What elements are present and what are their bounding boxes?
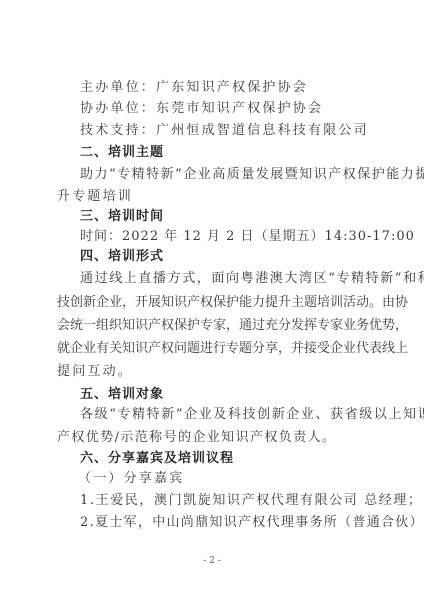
format-line-4: 就企业有关知识产权问题进行专题分享，并接受企业代表线上: [57, 341, 369, 357]
guest-item-1: 1.王爱民，澳门凯旋知识产权代理有限公司 总经理；: [80, 493, 423, 509]
section-heading-time: 三、培训时间: [80, 209, 164, 225]
theme-line-2: 升专题培训: [57, 189, 369, 205]
section-heading-audience: 五、培训对象: [80, 387, 164, 403]
time-text: 时间：2022 年 12 月 2 日（星期五）14:30-17:00: [80, 229, 415, 245]
host-line: 主办单位：广东知识产权保护协会: [80, 80, 308, 96]
theme-line-1: 助力“专精特新”企业高质量发展暨知识产权保护能力提: [80, 167, 424, 183]
format-line-2: 技创新企业，开展知识产权保护能力提升主题培训活动。由协: [57, 295, 369, 311]
co-host-line: 协办单位：东莞市知识产权保护协会: [80, 101, 323, 117]
section-heading-theme: 二、培训主题: [80, 145, 164, 161]
guest-item-2: 2.夏士军，中山尚鼎知识产权代理事务所（普通合伙） 总: [80, 515, 424, 531]
section-heading-format: 四、培训形式: [80, 249, 164, 265]
format-line-1: 通过线上直播方式，面向粤港澳大湾区“专精特新”和科: [80, 271, 424, 287]
format-line-5: 提问互动。: [57, 364, 369, 380]
document-page: 主办单位：广东知识产权保护协会 协办单位：东莞市知识产权保护协会 技术支持：广州…: [0, 0, 424, 600]
format-line-3: 会统一组织知识产权保护专家，通过充分发挥专家业务优势，: [57, 318, 369, 334]
agenda-subheading-guests: （一）分享嘉宾: [78, 471, 184, 487]
tech-support-line: 技术支持：广州恒成智道信息科技有限公司: [80, 123, 369, 139]
audience-line-2: 产权优势/示范称号的企业知识产权负责人。: [57, 430, 369, 446]
audience-line-1: 各级“专精特新”企业及科技创新企业、获省级以上知识: [80, 407, 424, 423]
page-number: - 2 -: [196, 556, 228, 566]
section-heading-agenda: 六、分享嘉宾及培训议程: [80, 451, 234, 467]
